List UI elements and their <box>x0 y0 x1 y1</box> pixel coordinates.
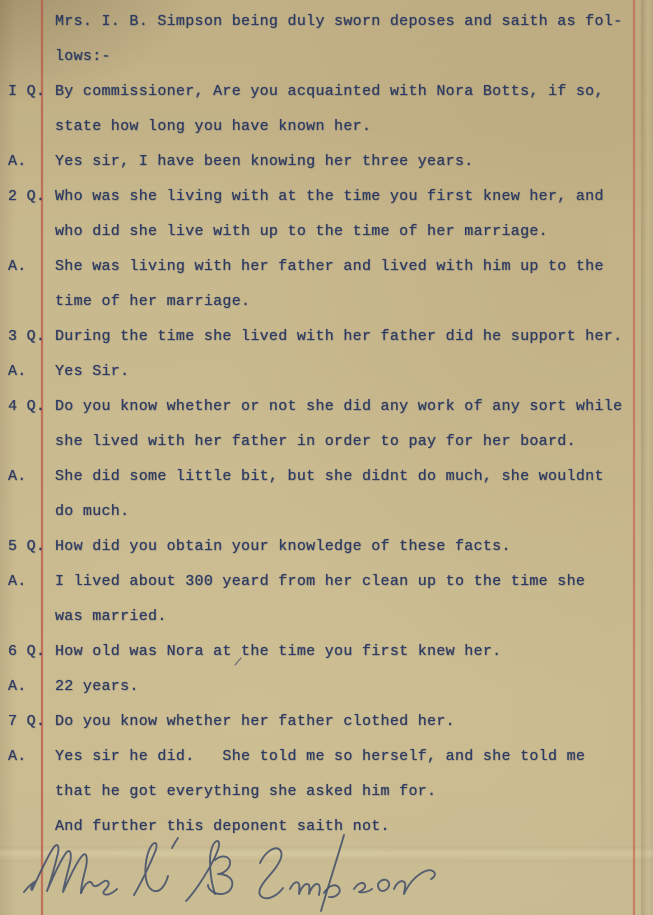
text-line: Yes sir, I have been knowing her three y… <box>55 144 653 179</box>
qa-row: 4 Q.Do you know whether or not she did a… <box>0 389 653 459</box>
qa-row: A.I lived about 300 yeard from her clean… <box>0 564 653 634</box>
text-line: was married. <box>55 599 653 634</box>
entry-label: 3 Q. <box>0 319 55 354</box>
text-line: do much. <box>55 494 653 529</box>
qa-row: I Q.By commissioner, Are you acquainted … <box>0 74 653 144</box>
text-line: Do you know whether or not she did any w… <box>55 389 653 424</box>
entry-label: 2 Q. <box>0 179 55 249</box>
entry-label: 5 Q. <box>0 529 55 564</box>
text-line: that he got everything she asked him for… <box>55 774 653 809</box>
entry-label: 6 Q. <box>0 634 55 669</box>
text-line: 22 years. <box>55 669 653 704</box>
text-line: who did she live with up to the time of … <box>55 214 653 249</box>
qa-row: 5 Q.How did you obtain your knowledge of… <box>0 529 653 564</box>
text-line: Yes Sir. <box>55 354 653 389</box>
qa-row: A.22 years. <box>0 669 653 704</box>
entry-label: A. <box>0 144 55 179</box>
signature-handwriting <box>22 832 442 914</box>
entry-label: A. <box>0 739 55 809</box>
entry-label: A. <box>0 564 55 634</box>
entry-label: A. <box>0 669 55 704</box>
entry-label: A. <box>0 354 55 389</box>
entry-label: 4 Q. <box>0 389 55 459</box>
deposition-text-block: Mrs. I. B. Simpson being duly sworn depo… <box>0 4 653 844</box>
text-line: By commissioner, Are you acquainted with… <box>55 74 653 109</box>
scanned-deposition-page: Mrs. I. B. Simpson being duly sworn depo… <box>0 0 653 915</box>
text-line: time of her marriage. <box>55 284 653 319</box>
qa-row: A.She was living with her father and liv… <box>0 249 653 319</box>
text-line: lows:- <box>55 39 653 74</box>
text-line: state how long you have known her. <box>55 109 653 144</box>
text-line: How did you obtain your knowledge of the… <box>55 529 653 564</box>
qa-row: A.Yes Sir. <box>0 354 653 389</box>
text-line: she lived with her father in order to pa… <box>55 424 653 459</box>
entry-label: A. <box>0 249 55 319</box>
text-line: How old was Nora at the time you first k… <box>55 634 653 669</box>
text-line: I lived about 300 yeard from her clean u… <box>55 564 653 599</box>
qa-row: 3 Q.During the time she lived with her f… <box>0 319 653 354</box>
text-line: She was living with her father and lived… <box>55 249 653 284</box>
qa-row: 6 Q.How old was Nora at the time you fir… <box>0 634 653 669</box>
qa-row: 7 Q.Do you know whether her father cloth… <box>0 704 653 739</box>
text-line: During the time she lived with her fathe… <box>55 319 653 354</box>
text-line: Do you know whether her father clothed h… <box>55 704 653 739</box>
text-row: Mrs. I. B. Simpson being duly sworn depo… <box>0 4 653 74</box>
entry-label <box>0 4 55 74</box>
qa-row: 2 Q.Who was she living with at the time … <box>0 179 653 249</box>
text-line: Who was she living with at the time you … <box>55 179 653 214</box>
text-line: Yes sir he did. She told me so herself, … <box>55 739 653 774</box>
text-line: Mrs. I. B. Simpson being duly sworn depo… <box>55 4 653 39</box>
qa-row: A.She did some little bit, but she didnt… <box>0 459 653 529</box>
text-line: She did some little bit, but she didnt d… <box>55 459 653 494</box>
qa-row: A.Yes sir, I have been knowing her three… <box>0 144 653 179</box>
entry-label: A. <box>0 459 55 529</box>
entry-label: I Q. <box>0 74 55 144</box>
qa-row: A.Yes sir he did. She told me so herself… <box>0 739 653 809</box>
entry-label: 7 Q. <box>0 704 55 739</box>
